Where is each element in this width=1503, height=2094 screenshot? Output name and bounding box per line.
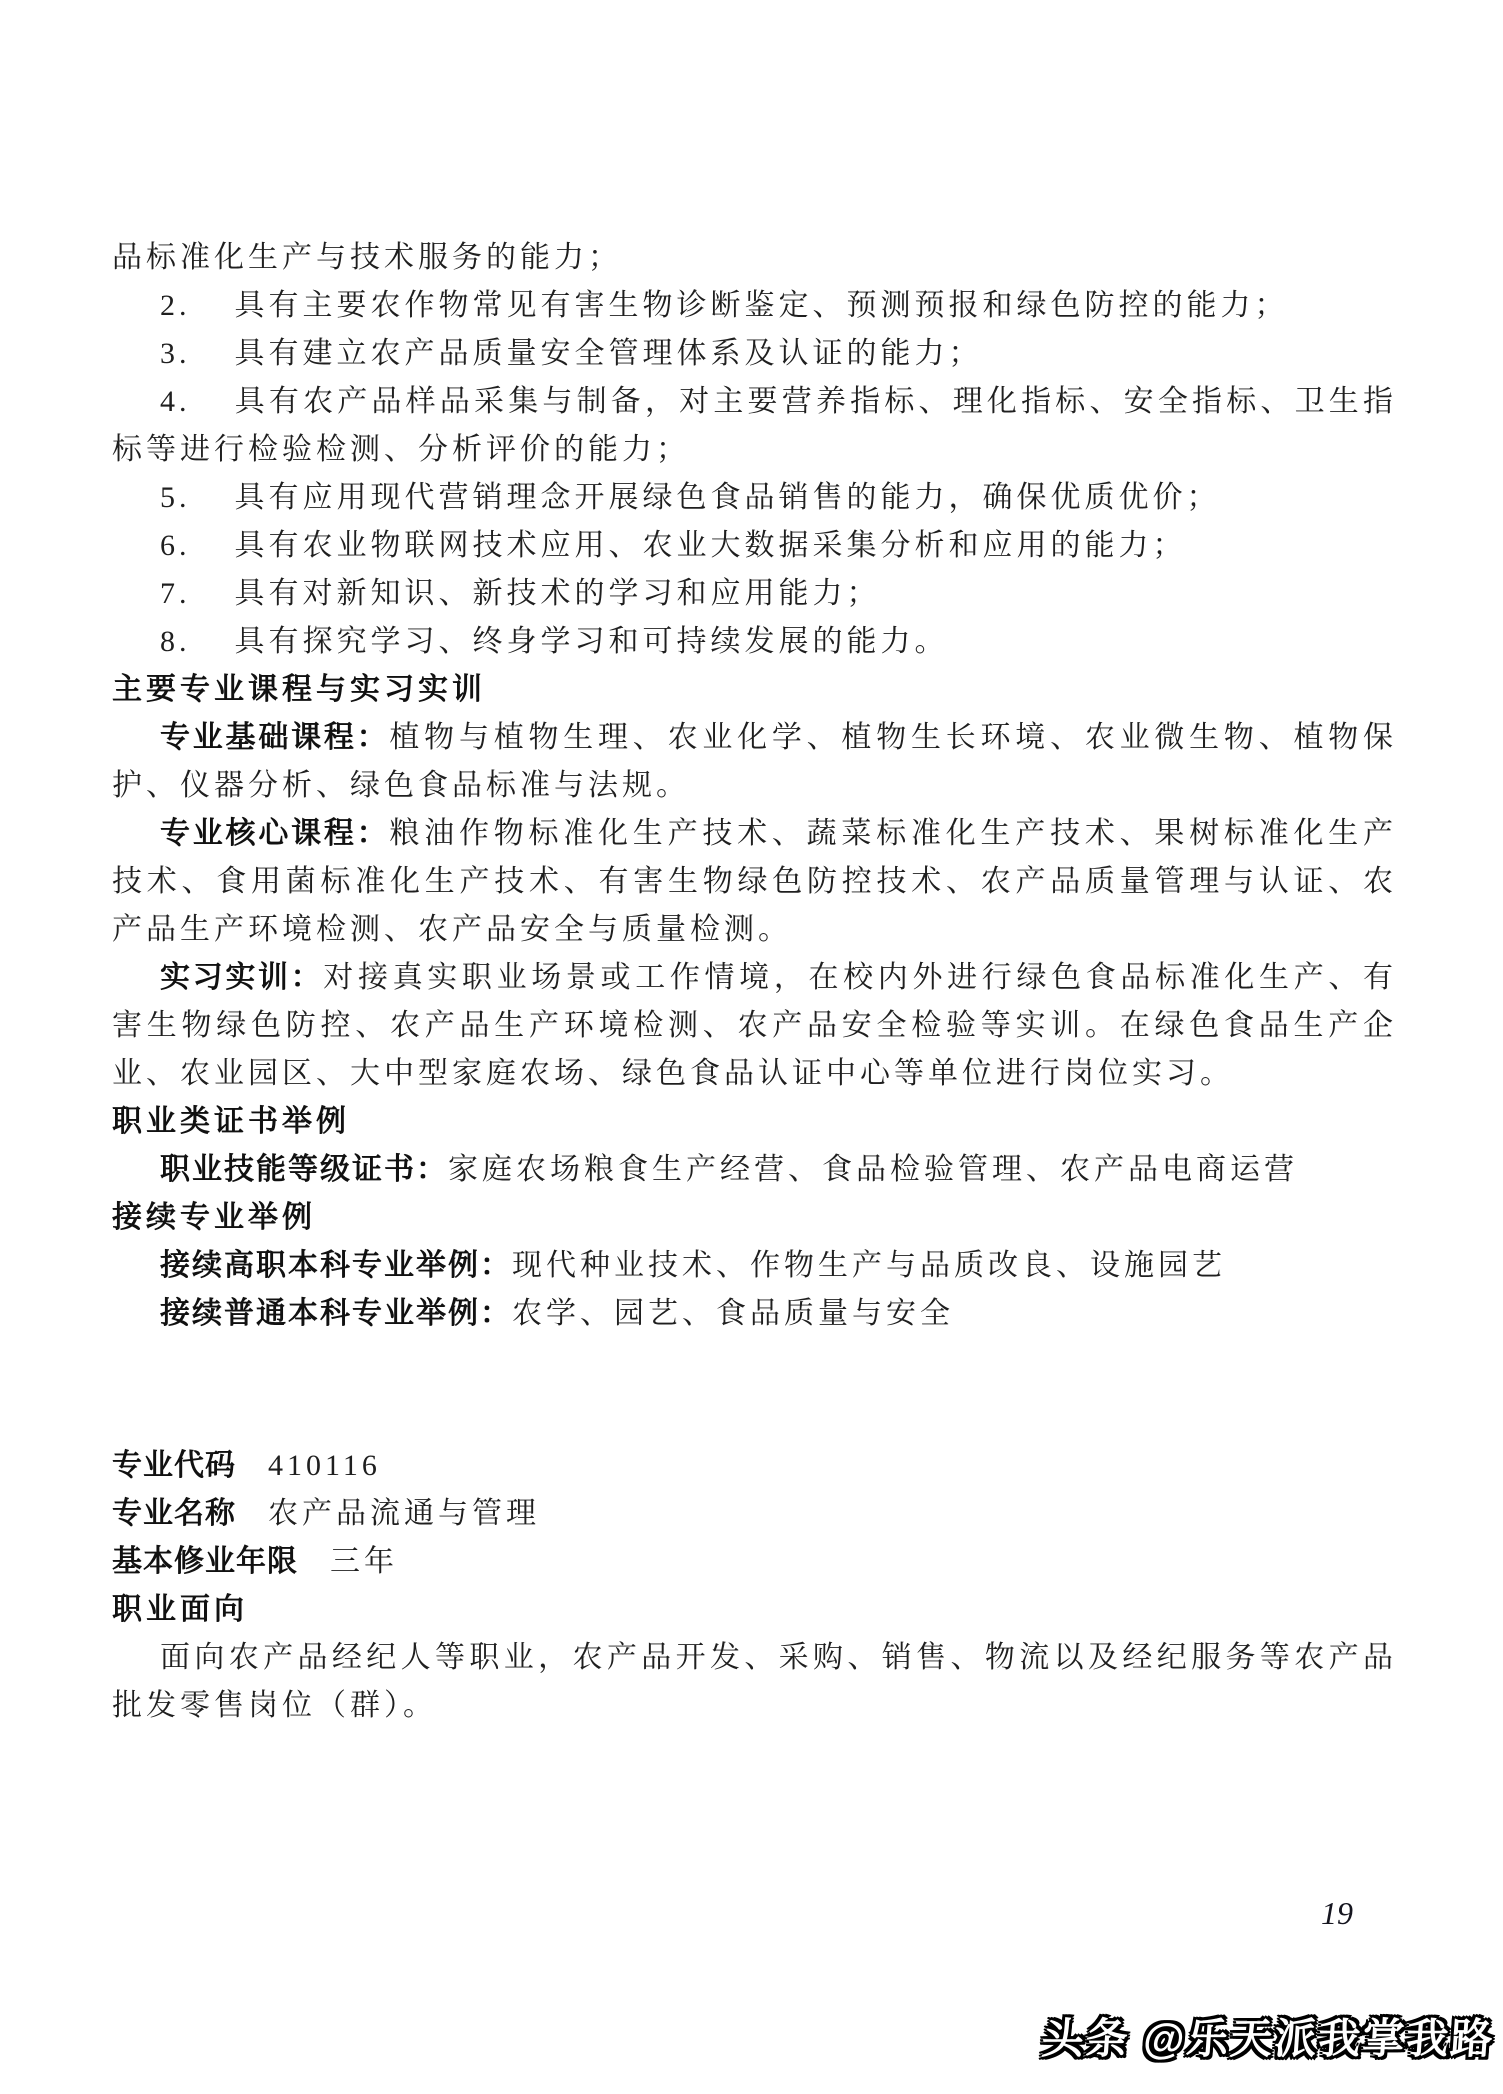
ability-item: 2.具有主要农作物常见有害生物诊断鉴定、预测预报和绿色防控的能力； xyxy=(112,282,1397,330)
field-label: 专业代码 xyxy=(112,1449,236,1482)
field-value: 410116 xyxy=(268,1449,381,1482)
heading-career-orientation: 职业面向 xyxy=(112,1586,1397,1634)
course-basic-paragraph: 专业基础课程：植物与植物生理、农业化学、植物生长环境、农业微生物、植物保护、仪器… xyxy=(112,714,1397,810)
field-study-years: 基本修业年限三年 xyxy=(112,1538,1397,1586)
intro-paragraph: 品标准化生产与技术服务的能力； xyxy=(112,234,1397,282)
list-number: 3. xyxy=(160,337,191,370)
document-content: 品标准化生产与技术服务的能力； 2.具有主要农作物常见有害生物诊断鉴定、预测预报… xyxy=(0,0,1503,1730)
paragraph-text: 家庭农场粮食生产经营、食品检验管理、农产品电商运营 xyxy=(448,1153,1298,1186)
field-value: 三年 xyxy=(330,1545,398,1578)
next-major-fields: 专业代码410116 专业名称农产品流通与管理 基本修业年限三年 xyxy=(112,1442,1397,1586)
ability-item: 4.具有农产品样品采集与制备，对主要营养指标、理化指标、安全指标、卫生指标等进行… xyxy=(112,378,1397,474)
list-number: 2. xyxy=(160,289,191,322)
ability-item: 6.具有农业物联网技术应用、农业大数据采集分析和应用的能力； xyxy=(112,522,1397,570)
field-major-code: 专业代码410116 xyxy=(112,1442,1397,1490)
career-paragraph: 面向农产品经纪人等职业，农产品开发、采购、销售、物流以及经纪服务等农产品批发零售… xyxy=(112,1634,1397,1730)
field-value: 农产品流通与管理 xyxy=(268,1497,540,1530)
paragraph-label: 接续普通本科专业举例： xyxy=(160,1297,512,1330)
ability-text: 具有主要农作物常见有害生物诊断鉴定、预测预报和绿色防控的能力； xyxy=(235,289,1289,322)
internship-paragraph: 实习实训：对接真实职业场景或工作情境，在校内外进行绿色食品标准化生产、有害生物绿… xyxy=(112,954,1397,1098)
heading-certificates: 职业类证书举例 xyxy=(112,1098,1397,1146)
paragraph-label: 专业基础课程： xyxy=(160,721,389,754)
watermark: 头条 @乐天派我掌我路 xyxy=(1040,2006,1497,2066)
paragraph-text: 农学、园艺、食品质量与安全 xyxy=(512,1297,954,1330)
ability-item: 8.具有探究学习、终身学习和可持续发展的能力。 xyxy=(112,618,1397,666)
course-core-paragraph: 专业核心课程：粮油作物标准化生产技术、蔬菜标准化生产技术、果树标准化生产技术、食… xyxy=(112,810,1397,954)
list-number: 8. xyxy=(160,625,191,658)
page-number: 19 xyxy=(1321,1895,1353,1932)
field-label: 专业名称 xyxy=(112,1497,236,1530)
continuing-regular-paragraph: 接续普通本科专业举例：农学、园艺、食品质量与安全 xyxy=(112,1290,1397,1338)
paragraph-label: 专业核心课程： xyxy=(160,817,389,850)
field-label: 基本修业年限 xyxy=(112,1545,298,1578)
paragraph-label: 接续高职本科专业举例： xyxy=(160,1249,512,1282)
heading-courses: 主要专业课程与实习实训 xyxy=(112,666,1397,714)
document-page: 品标准化生产与技术服务的能力； 2.具有主要农作物常见有害生物诊断鉴定、预测预报… xyxy=(0,0,1503,2094)
paragraph-text: 现代种业技术、作物生产与品质改良、设施园艺 xyxy=(512,1249,1226,1282)
heading-continuing-majors: 接续专业举例 xyxy=(112,1194,1397,1242)
list-number: 5. xyxy=(160,481,191,514)
ability-text: 具有探究学习、终身学习和可持续发展的能力。 xyxy=(235,625,949,658)
list-number: 7. xyxy=(160,577,191,610)
paragraph-label: 职业技能等级证书： xyxy=(160,1153,448,1186)
continuing-vocational-paragraph: 接续高职本科专业举例：现代种业技术、作物生产与品质改良、设施园艺 xyxy=(112,1242,1397,1290)
certificate-paragraph: 职业技能等级证书：家庭农场粮食生产经营、食品检验管理、农产品电商运营 xyxy=(112,1146,1397,1194)
ability-text: 具有农产品样品采集与制备，对主要营养指标、理化指标、安全指标、卫生指标等进行检验… xyxy=(112,385,1397,466)
list-number: 6. xyxy=(160,529,191,562)
ability-item: 5.具有应用现代营销理念开展绿色食品销售的能力，确保优质优价； xyxy=(112,474,1397,522)
ability-text: 具有对新知识、新技术的学习和应用能力； xyxy=(235,577,881,610)
list-number: 4. xyxy=(160,385,191,418)
field-major-name: 专业名称农产品流通与管理 xyxy=(112,1490,1397,1538)
ability-item: 7.具有对新知识、新技术的学习和应用能力； xyxy=(112,570,1397,618)
ability-text: 具有建立农产品质量安全管理体系及认证的能力； xyxy=(235,337,983,370)
ability-text: 具有农业物联网技术应用、农业大数据采集分析和应用的能力； xyxy=(235,529,1187,562)
ability-item: 3.具有建立农产品质量安全管理体系及认证的能力； xyxy=(112,330,1397,378)
paragraph-label: 实习实训： xyxy=(160,961,323,994)
ability-text: 具有应用现代营销理念开展绿色食品销售的能力，确保优质优价； xyxy=(235,481,1221,514)
